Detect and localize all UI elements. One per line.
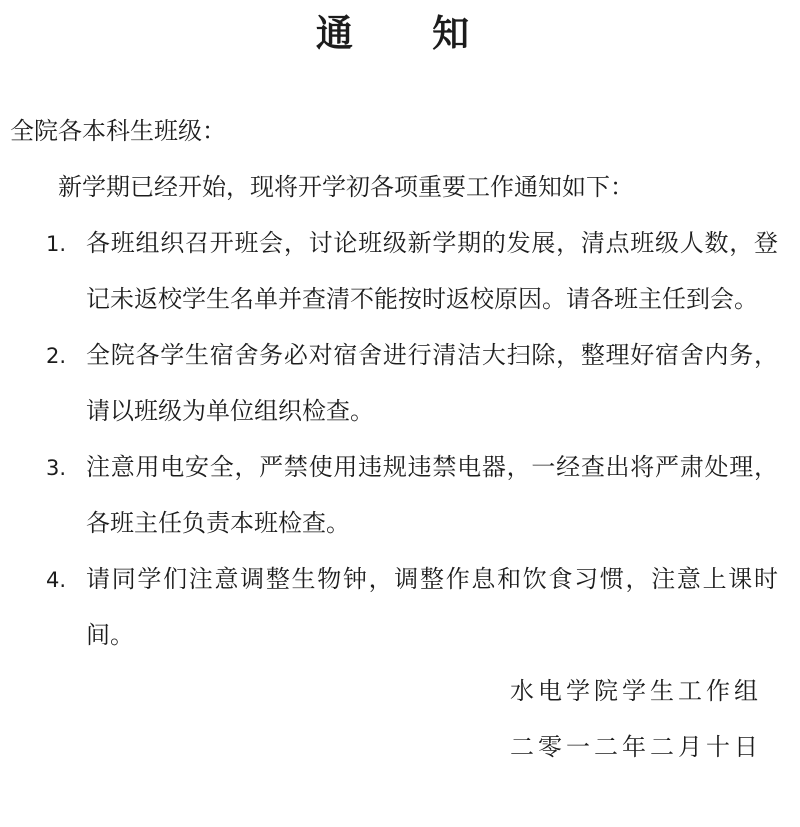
salutation-line: 全院各本科生班级： (8, 104, 778, 160)
signature-block: 水电学院学生工作组 二零一二年二月十日 (8, 664, 778, 776)
signature-organization: 水电学院学生工作组 (8, 664, 762, 720)
notice-document: 通 知 全院各本科生班级： 新学期已经开始，现将开学初各项重要工作通知如下： 1… (0, 0, 800, 827)
item-4-number: 4. (10, 552, 86, 608)
item-2-text: 全院各学生宿舍务必对宿舍进行清洁大扫除，整理好宿舍内务，请以班级为单位组织检查。 (86, 328, 778, 440)
document-body: 全院各本科生班级： 新学期已经开始，现将开学初各项重要工作通知如下： 1. 各班… (8, 104, 778, 776)
item-3-number: 3. (10, 440, 86, 496)
intro-line: 新学期已经开始，现将开学初各项重要工作通知如下： (8, 160, 778, 216)
signature-date: 二零一二年二月十日 (8, 720, 762, 776)
notice-item-1: 1. 各班组织召开班会，讨论班级新学期的发展，清点班级人数，登记未返校学生名单并… (10, 216, 778, 328)
notice-item-4: 4. 请同学们注意调整生物钟，调整作息和饮食习惯，注意上课时间。 (10, 552, 778, 664)
item-4-text: 请同学们注意调整生物钟，调整作息和饮食习惯，注意上课时间。 (86, 552, 778, 664)
item-2-number: 2. (10, 328, 86, 384)
item-1-text: 各班组织召开班会，讨论班级新学期的发展，清点班级人数，登记未返校学生名单并查清不… (86, 216, 778, 328)
notice-item-list: 1. 各班组织召开班会，讨论班级新学期的发展，清点班级人数，登记未返校学生名单并… (8, 216, 778, 664)
notice-item-2: 2. 全院各学生宿舍务必对宿舍进行清洁大扫除，整理好宿舍内务，请以班级为单位组织… (10, 328, 778, 440)
notice-item-3: 3. 注意用电安全，严禁使用违规违禁电器，一经查出将严肃处理，各班主任负责本班检… (10, 440, 778, 552)
item-1-number: 1. (10, 216, 86, 272)
item-3-text: 注意用电安全，严禁使用违规违禁电器，一经查出将严肃处理，各班主任负责本班检查。 (86, 440, 778, 552)
document-title: 通 知 (8, 10, 778, 60)
